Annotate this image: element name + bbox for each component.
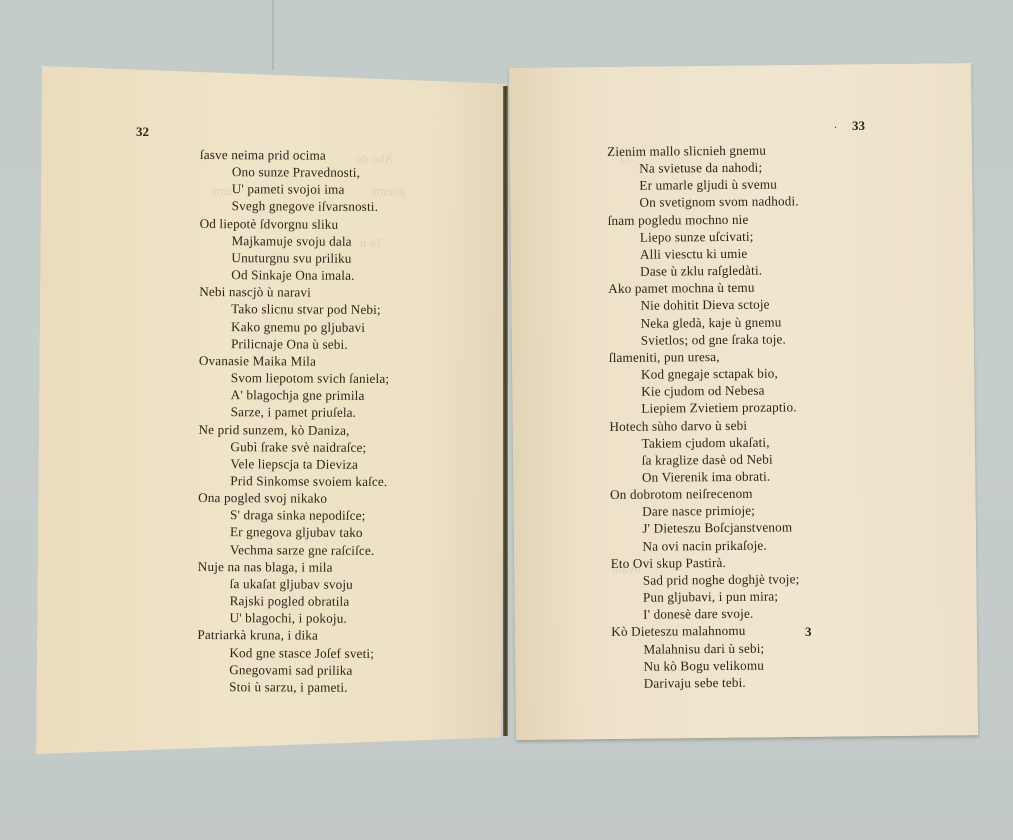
- verse-line: Svegh gnegove iſvarsnosti.: [200, 197, 390, 215]
- verse-line: Rajski pogled obratila: [198, 592, 388, 610]
- verse-line: Neka gledà, kaje ù gnemu: [608, 313, 799, 332]
- verse-line: Majkamuje svoju dala: [199, 232, 389, 250]
- verse-line: Zienim mallo slicnieh gnemu: [607, 141, 798, 160]
- verse-line: Kò Dieteszu malahnomu: [611, 622, 802, 641]
- verse-line: U' pameti svojoi ima: [200, 180, 390, 198]
- poem-text-right: Zienim mallo slicnieh gnemu Na svietuse …: [607, 141, 803, 692]
- verse-line: Alli viesctu ki umie: [608, 244, 799, 263]
- desk-crease: [272, 0, 274, 70]
- verse-line: Sad prid noghe doghjè tvoje;: [611, 570, 802, 589]
- verse-line: Kod gne stasce Joſef sveti;: [197, 644, 387, 662]
- verse-line: ſa ukaſat gljubav svoju: [198, 575, 388, 593]
- verse-line: Na svietuse da nahodi;: [607, 158, 798, 177]
- verse-line: Dare nasce primioje;: [610, 502, 801, 521]
- verse-line: U' blagochi, i pokoju.: [197, 609, 387, 627]
- verse-line: Vele liepscja ta Dieviza: [198, 455, 388, 473]
- verse-line: Kie cjudom od Nebesa: [609, 382, 800, 401]
- verse-line: Ne prid sunzem, kò Daniza,: [198, 420, 388, 438]
- verse-line: Od liepotè ſdvorgnu sliku: [200, 215, 390, 233]
- verse-line: Ovanasie Maika Mila: [199, 352, 389, 370]
- page-dot: .: [834, 117, 837, 132]
- verse-line: Darivaju sebe tebi.: [612, 673, 803, 692]
- verse-line: J' Dieteszu Boſcjanstvenom: [610, 519, 801, 538]
- verse-line: Stoi ù sarzu, i pameti.: [197, 678, 387, 696]
- verse-line: Patriarkà kruna, i dika: [197, 626, 387, 644]
- verse-line: Gnegovami sad prilika: [197, 661, 387, 679]
- verse-line: Malahnisu dari ù sebi;: [611, 639, 802, 658]
- verse-line: On svetignom svom nadhodi.: [607, 193, 798, 212]
- verse-line: Unuturgnu svu priliku: [199, 249, 389, 267]
- page-number-right: 33: [852, 118, 865, 134]
- verse-line: Er umarle gljudi ù svemu: [607, 176, 798, 195]
- verse-line: Prilicnaje Ona ù sebi.: [199, 335, 389, 353]
- verse-line: Nuje na nas blaga, i mila: [198, 558, 388, 576]
- verse-line: Liepiem Zvietiem prozaptio.: [609, 399, 800, 418]
- verse-line: Ona pogled svoj nikako: [198, 489, 388, 507]
- verse-line: I' donesè dare svoje.: [611, 605, 802, 624]
- verse-line: Nie dohitit Dieva sctoje: [608, 296, 799, 315]
- verse-line: Na ovi nacin prikaſoje.: [610, 536, 801, 555]
- verse-line: Svietlos; od gne ſraka toje.: [609, 330, 800, 349]
- verse-line: ſlameniti, pun uresa,: [609, 347, 800, 366]
- verse-line: Liepo sunze uſcivati;: [608, 227, 799, 246]
- signature-mark: 3: [805, 624, 812, 640]
- verse-line: Sarze, i pamet priuſela.: [199, 403, 389, 421]
- verse-line: ſnam pogledu mochno nie: [608, 210, 799, 229]
- verse-line: ſa kraglize dasè od Nebi: [610, 450, 801, 469]
- verse-line: Tako slicnu stvar pod Nebi;: [199, 300, 389, 318]
- verse-line: Pun gljubavi, i pun mira;: [611, 587, 802, 606]
- verse-line: Ono sunze Pravednosti,: [200, 163, 390, 181]
- verse-line: Takiem cjudom ukaſati,: [610, 433, 801, 452]
- verse-line: ſasve neima prid ocima: [200, 146, 390, 164]
- verse-line: Hotech sùho darvo ù sebi: [609, 416, 800, 435]
- verse-line: A' blagochja gne primila: [199, 386, 389, 404]
- poem-text-left: ſasve neima prid ocima Ono sunze Pravedn…: [197, 146, 390, 696]
- verse-line: Prid Sinkomse svoiem kaſce.: [198, 472, 388, 490]
- verse-line: Er gnegova gljubav tako: [198, 523, 388, 541]
- book-gutter: [503, 86, 508, 736]
- verse-line: Gubì ſrake svè naidraſce;: [198, 438, 388, 456]
- verse-line: Svom liepotom svich ſaniela;: [199, 369, 389, 387]
- verse-line: On dobrotom neiſrecenom: [610, 484, 801, 503]
- verse-line: Eto Ovi skup Pastirà.: [611, 553, 802, 572]
- verse-line: Od Sinkaje Ona imala.: [199, 266, 389, 284]
- verse-line: Nebi nascjò ù naravi: [199, 283, 389, 301]
- verse-line: Dase ù zklu raſgledàti.: [608, 261, 799, 280]
- verse-line: Vechma sarze gne raſciſce.: [198, 541, 388, 559]
- verse-line: Kod gnegaje sctapak bio,: [609, 364, 800, 383]
- verse-line: S' draga sinka nepodiſce;: [198, 506, 388, 524]
- verse-line: On Vierenik ima obrati.: [610, 467, 801, 486]
- verse-line: Ako pamet mochna ù temu: [608, 279, 799, 298]
- verse-line: Kako gnemu po gljubavi: [199, 318, 389, 336]
- verse-line: Nu kò Bogu velikomu: [611, 656, 802, 675]
- page-number-left: 32: [136, 124, 149, 140]
